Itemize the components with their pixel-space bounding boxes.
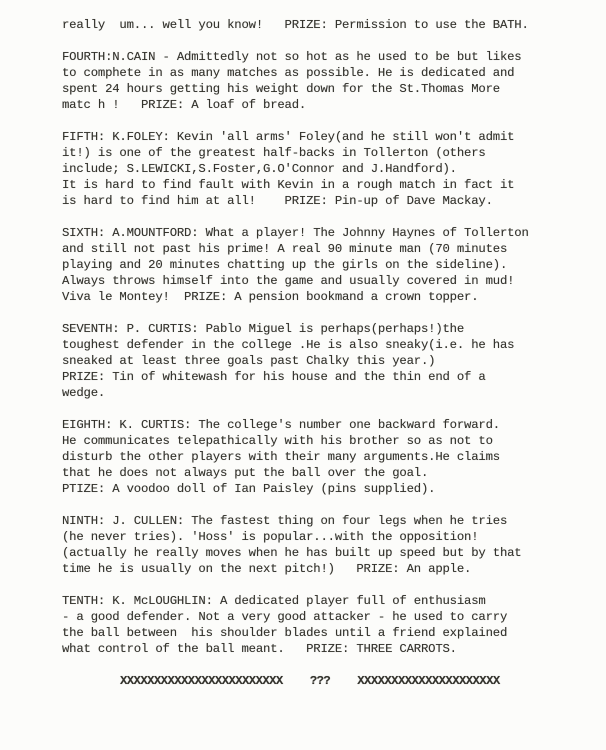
entry-sixth: SIXTH: A.MOUNTFORD: What a player! The J…	[62, 225, 606, 305]
entry-ninth: NINTH: J. CULLEN: The fastest thing on f…	[62, 513, 606, 577]
footer-crossed-out-line: XXXXXXXXXXXXXXXXXXXXXXXX ??? XXXXXXXXXXX…	[120, 673, 606, 689]
intro-line: really um... well you know! PRIZE: Permi…	[62, 17, 606, 33]
entry-eighth: EIGHTH: K. CURTIS: The college's number …	[62, 417, 606, 497]
entry-fifth: FIFTH: K.FOLEY: Kevin 'all arms' Foley(a…	[62, 129, 606, 209]
entry-tenth: TENTH: K. McLOUGHLIN: A dedicated player…	[62, 593, 606, 657]
entry-fourth: FOURTH:N.CAIN - Admittedly not so hot as…	[62, 49, 606, 113]
document-page: really um... well you know! PRIZE: Permi…	[0, 0, 606, 750]
entry-seventh: SEVENTH: P. CURTIS: Pablo Miguel is perh…	[62, 321, 606, 401]
